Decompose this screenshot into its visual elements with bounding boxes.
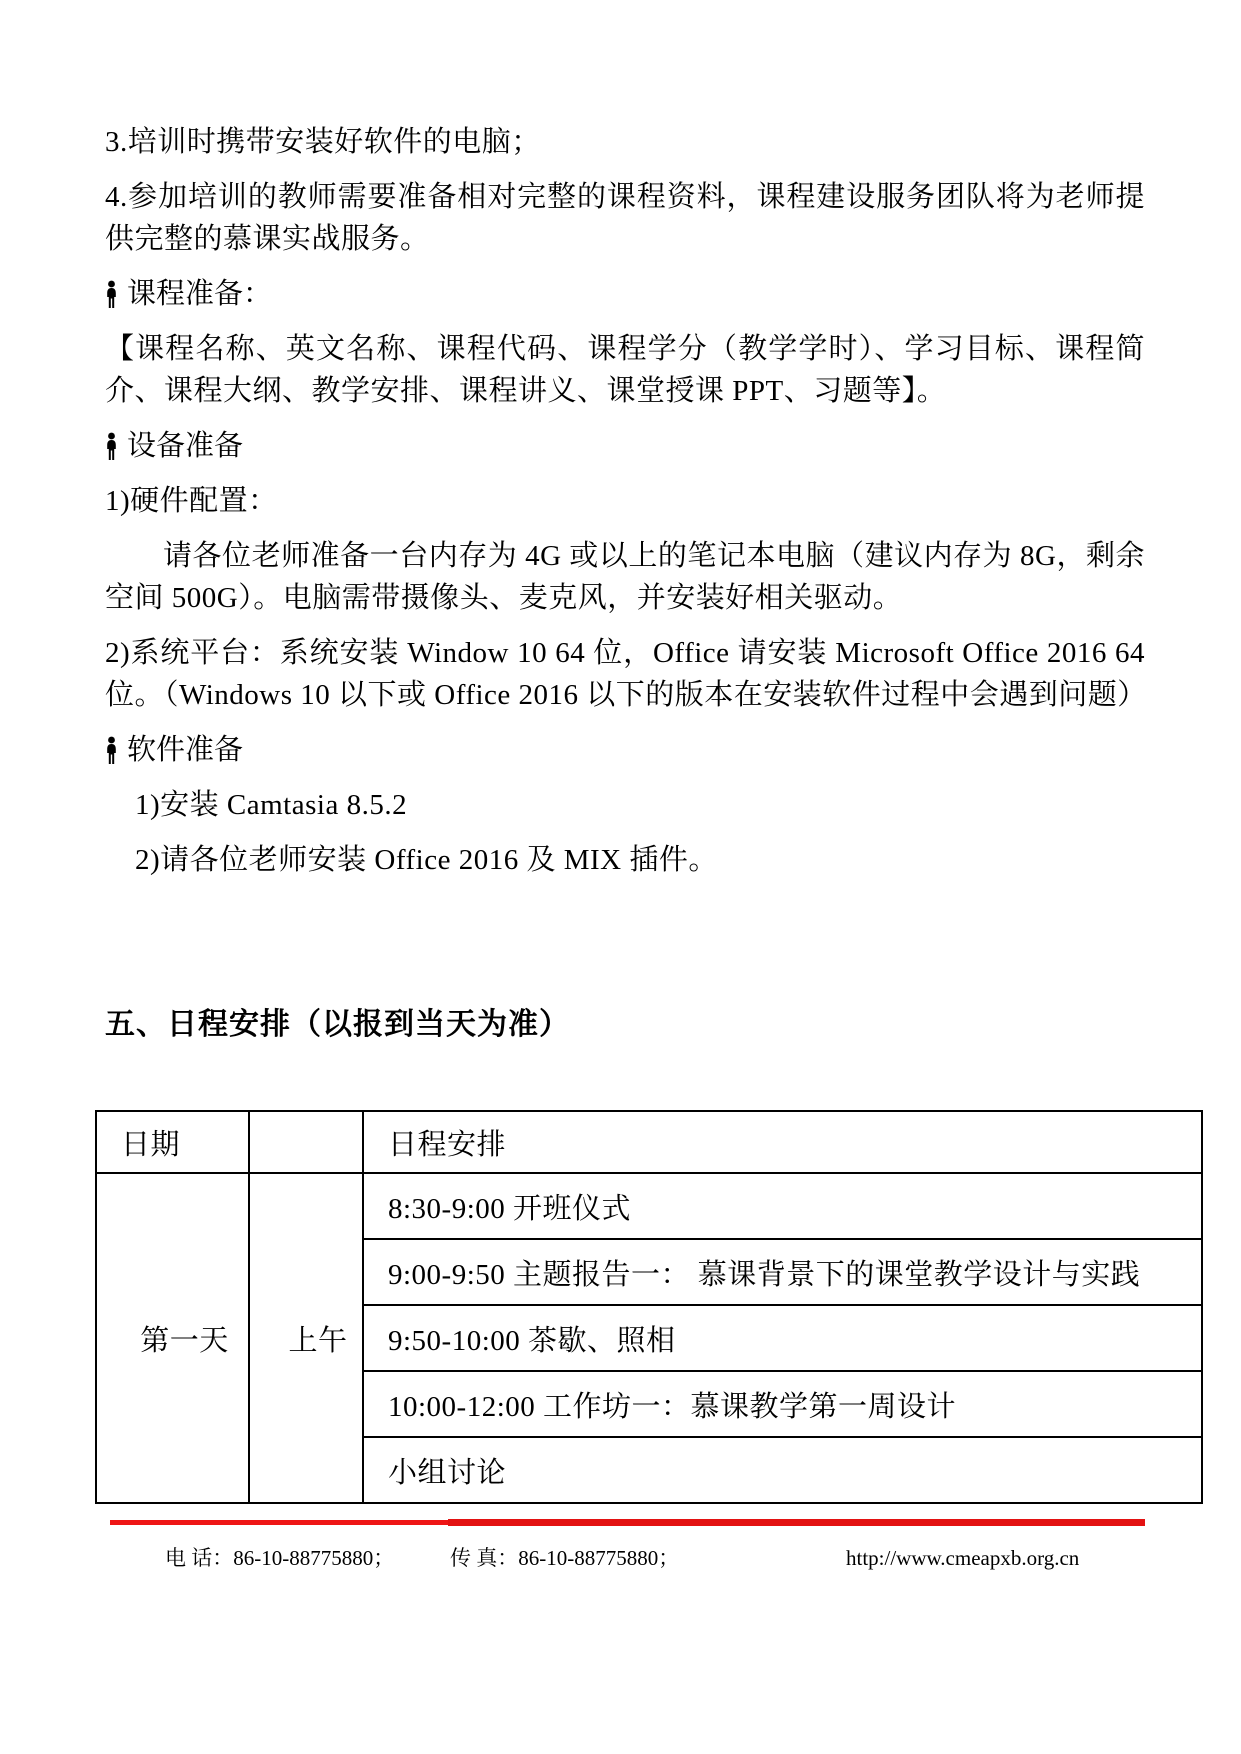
header-cell-middle — [249, 1111, 363, 1173]
header-cell-schedule: 日程安排 — [363, 1111, 1202, 1173]
table-row: 第一天 上午 8:30-9:00 开班仪式 — [96, 1173, 1202, 1239]
footer-fax: 传 真：86-10-88775880； — [450, 1545, 679, 1571]
footer-website: http://www.cmeapxb.org.cn — [846, 1545, 1079, 1571]
software-item-2: 2)请各位老师安装 Office 2016 及 MIX 插件。 — [135, 839, 1145, 881]
period-label-cell: 上午 — [249, 1173, 363, 1503]
person-bullet-icon — [105, 432, 118, 461]
schedule-cell: 小组讨论 — [363, 1437, 1202, 1503]
course-prep-bullet: 课程准备： — [105, 273, 1145, 315]
device-prep-bullet: 设备准备 — [105, 425, 1145, 467]
schedule-table: 日期 日程安排 第一天 上午 8:30-9:00 开班仪式 9:00-9:50 … — [95, 1110, 1203, 1504]
header-cell-date: 日期 — [96, 1111, 249, 1173]
schedule-table-header-row: 日期 日程安排 — [96, 1111, 1202, 1173]
paragraph-item-3: 3.培训时携带安装好软件的电脑； — [105, 121, 1145, 163]
software-item-1: 1)安装 Camtasia 8.5.2 — [135, 784, 1145, 826]
course-prep-label: 课程准备： — [127, 273, 272, 315]
course-materials-paragraph: 【课程名称、英文名称、课程代码、课程学分（教学学时）、学习目标、课程简介、课程大… — [105, 328, 1145, 412]
schedule-cell: 8:30-9:00 开班仪式 — [363, 1173, 1202, 1239]
document-page: 3.培训时携带安装好软件的电脑； 4.参加培训的教师需要准备相对完整的课程资料，… — [0, 0, 1241, 1754]
system-platform-paragraph: 2)系统平台：系统安装 Window 10 64 位，Office 请安装 Mi… — [105, 632, 1145, 716]
schedule-cell: 9:00-9:50 主题报告一： 慕课背景下的课堂教学设计与实践 — [363, 1239, 1202, 1305]
person-bullet-icon — [105, 280, 118, 309]
hardware-config-detail: 请各位老师准备一台内存为 4G 或以上的笔记本电脑（建议内存为 8G，剩余空间 … — [105, 535, 1145, 619]
paragraph-item-4: 4.参加培训的教师需要准备相对完整的课程资料，课程建设服务团队将为老师提供完整的… — [105, 176, 1145, 260]
schedule-cell: 9:50-10:00 茶歇、照相 — [363, 1305, 1202, 1371]
device-prep-label: 设备准备 — [127, 425, 243, 467]
software-prep-bullet: 软件准备 — [105, 729, 1145, 771]
day-label-cell: 第一天 — [96, 1173, 249, 1503]
document-content: 3.培训时携带安装好软件的电脑； 4.参加培训的教师需要准备相对完整的课程资料，… — [0, 0, 1241, 1575]
footer-phone: 电 话：86-10-88775880； — [165, 1545, 394, 1571]
software-prep-label: 软件准备 — [127, 729, 243, 771]
footer-divider-right-segment — [448, 1519, 1145, 1526]
page-footer: 电 话：86-10-88775880； 传 真：86-10-88775880； … — [105, 1545, 1145, 1575]
schedule-section-heading: 五、日程安排（以报到当天为准） — [105, 1004, 1145, 1046]
footer-divider-left-segment — [110, 1520, 450, 1525]
hardware-config-label: 1)硬件配置： — [105, 480, 1145, 522]
footer-divider — [110, 1518, 1145, 1527]
person-bullet-icon — [105, 736, 118, 765]
schedule-cell: 10:00-12:00 工作坊一：慕课教学第一周设计 — [363, 1371, 1202, 1437]
